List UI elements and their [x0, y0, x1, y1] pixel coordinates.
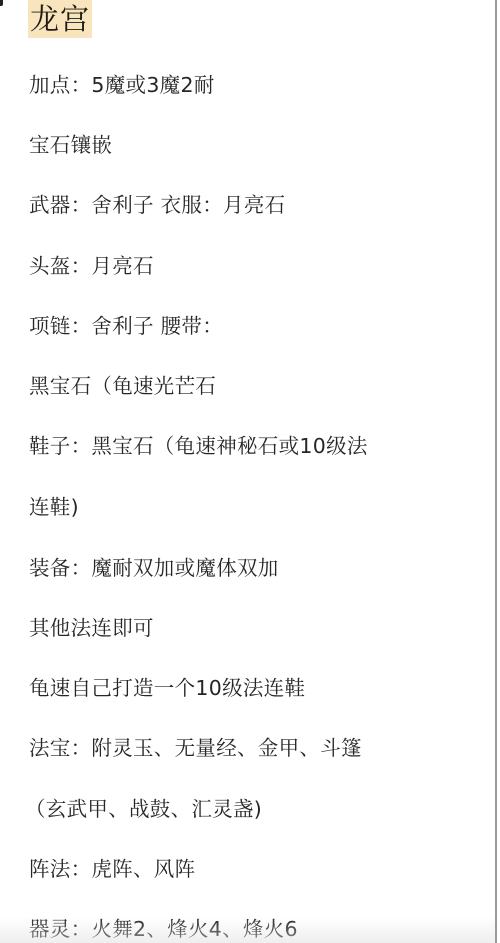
line-belt-gem: 黑宝石（龟速光芒石 — [29, 372, 216, 400]
corner-mark — [0, 0, 3, 6]
line-helmet: 头盔：月亮石 — [29, 252, 154, 280]
document-title: 龙宫 — [28, 0, 92, 38]
line-treasures-alt: （玄武甲、战鼓、汇灵盏) — [25, 795, 262, 823]
line-weapon-armor: 武器：舍利子 衣服：月亮石 — [29, 191, 285, 219]
line-equipment: 装备：魔耐双加或魔体双加 — [29, 554, 279, 582]
line-shoes: 鞋子：黑宝石（龟速神秘石或10级法 — [29, 432, 368, 460]
line-treasures: 法宝：附灵玉、无量经、金甲、斗篷 — [29, 734, 362, 762]
line-shoes-cont: 连鞋) — [29, 493, 79, 521]
line-slow-speed-shoes: 龟速自己打造一个10级法连鞋 — [29, 674, 305, 702]
line-stat-points: 加点：5魔或3魔2耐 — [29, 71, 215, 99]
line-gem-inlay-header: 宝石镶嵌 — [29, 131, 112, 159]
line-artifact-spirit: 器灵：火舞2、烽火4、烽火6 — [29, 915, 298, 943]
line-formation: 阵法：虎阵、风阵 — [29, 855, 195, 883]
line-necklace-belt: 项链：舍利子 腰带： — [29, 312, 223, 340]
document-page: 龙宫 加点：5魔或3魔2耐 宝石镶嵌 武器：舍利子 衣服：月亮石 头盔：月亮石 … — [0, 0, 497, 943]
line-others: 其他法连即可 — [29, 614, 154, 642]
